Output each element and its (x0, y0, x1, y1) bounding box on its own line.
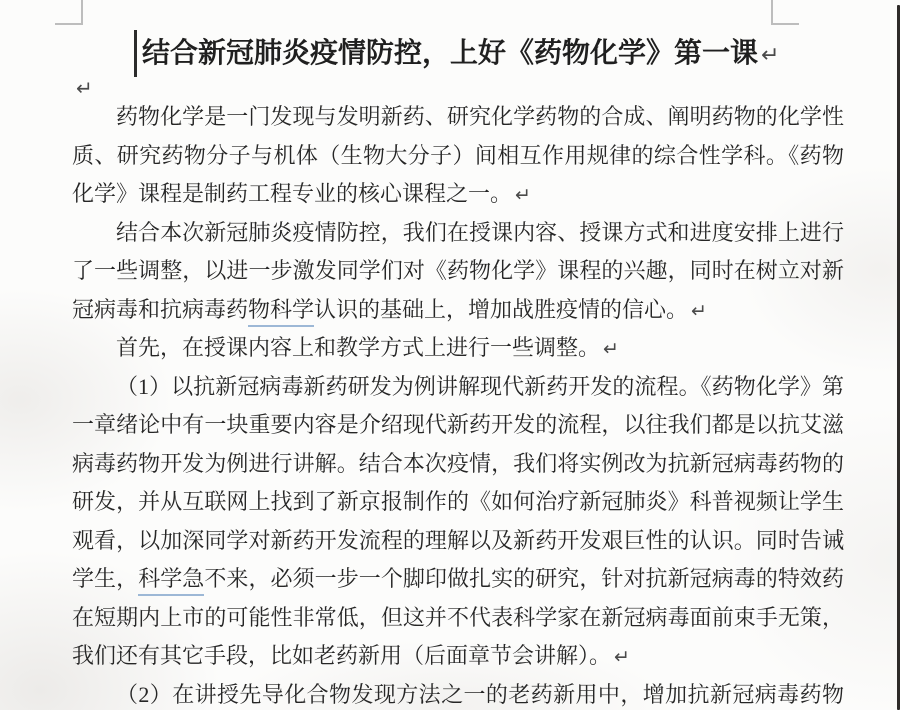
text-line[interactable]: 研发，并从互联网上找到了新京报制作的《如何治疗新冠肺炎》科普视频让学生 (72, 483, 844, 522)
text-run: 冠病毒和抗病毒药 (72, 297, 248, 322)
text-boundary-mark-top-right-icon (771, 0, 799, 25)
text-run: 认识的基础上，增加战胜疫情的信心。 (314, 297, 688, 322)
text-line[interactable]: 我们还有其它手段，比如老药新用（后面章节会讲解）。↵ (72, 637, 844, 676)
paragraph-return-mark-icon: ↵ (761, 43, 779, 68)
text-run: 结合本次新冠肺炎疫情防控，我们在授课内容、授课方式和进度安排上进行 (116, 220, 844, 245)
text-run: 观看，以加深同学对新药开发流程的理解以及新药开发艰巨性的认识。同时告诫 (72, 528, 844, 553)
text-run: 病毒药物开发为例进行讲解。结合本次疫情，我们将实例改为抗新冠病毒药物的 (72, 451, 844, 476)
text-cursor (134, 30, 137, 77)
text-run: 了一些调整，以进一步激发同学们对《药物化学》课程的兴趣，同时在树立对新 (72, 258, 844, 283)
text-line[interactable]: 病毒药物开发为例进行讲解。结合本次疫情，我们将实例改为抗新冠病毒药物的 (72, 445, 844, 484)
document-title: 结合新冠肺炎疫情防控，上好《药物化学》第一课 (142, 38, 758, 69)
text-run: （2）在讲授先导化合物发现方法之一的老药新用中，增加抗新冠病毒药物 (116, 682, 844, 707)
paragraph-return-mark-icon: ↵ (603, 338, 619, 360)
text-line[interactable]: 化学》课程是制药工程专业的核心课程之一。↵ (72, 175, 844, 214)
text-run: 药物化学是一门发现与发明新药、研究化学药物的合成、阐明药物的化学性 (116, 104, 844, 129)
text-line[interactable]: 药物化学是一门发现与发明新药、研究化学药物的合成、阐明药物的化学性 (72, 98, 844, 137)
text-line[interactable]: 一章绪论中有一块重要内容是介绍现代新药开发的流程，以往我们都是以抗艾滋 (72, 406, 844, 445)
text-run: 研发，并从互联网上找到了新京报制作的《如何治疗新冠肺炎》科普视频让学生 (72, 489, 844, 514)
paragraph-return-mark-icon: ↵ (515, 184, 531, 206)
paragraph-return-mark-icon: ↵ (76, 76, 93, 100)
text-run: （1）以抗新冠病毒新药研发为例讲解现代新药开发的流程。《药物化学》第 (116, 374, 844, 399)
document-body: 药物化学是一门发现与发明新药、研究化学药物的合成、阐明药物的化学性质、研究药物分… (72, 98, 844, 710)
text-run: 我们还有其它手段，比如老药新用（后面章节会讲解）。 (72, 643, 611, 668)
text-line[interactable]: 学生，科学急不来，必须一步一个脚印做扎实的研究，针对抗新冠病毒的特效药 (72, 560, 844, 599)
text-run: 首先，在授课内容上和教学方式上进行一些调整。 (116, 335, 600, 360)
paragraph-return-mark-icon: ↵ (614, 646, 630, 668)
text-line[interactable]: 结合本次新冠肺炎疫情防控，我们在授课内容、授课方式和进度安排上进行 (72, 214, 844, 253)
paragraph-return-mark-icon: ↵ (691, 300, 707, 322)
text-run: 不来，必须一步一个脚印做扎实的研究，针对抗新冠病毒的特效药 (204, 566, 844, 591)
text-boundary-mark-top-left-icon (55, 0, 83, 25)
text-run: 学生， (72, 566, 138, 591)
text-line[interactable]: 首先，在授课内容上和教学方式上进行一些调整。↵ (72, 329, 844, 368)
text-run: 质、研究药物分子与机体（生物大分子）间相互作用规律的综合性学科。《药物 (72, 143, 844, 168)
text-line[interactable]: 冠病毒和抗病毒药物科学认识的基础上，增加战胜疫情的信心。↵ (72, 291, 844, 330)
underlined-text-run: 科学急 (138, 566, 204, 596)
text-run: 一章绪论中有一块重要内容是介绍现代新药开发的流程，以往我们都是以抗艾滋 (72, 412, 844, 437)
document-page: 结合新冠肺炎疫情防控，上好《药物化学》第一课↵ ↵ 药物化学是一门发现与发明新药… (0, 0, 900, 710)
text-line[interactable]: （2）在讲授先导化合物发现方法之一的老药新用中，增加抗新冠病毒药物 (72, 676, 844, 710)
text-line[interactable]: 观看，以加深同学对新药开发流程的理解以及新药开发艰巨性的认识。同时告诫 (72, 522, 844, 561)
document-title-line[interactable]: 结合新冠肺炎疫情防控，上好《药物化学》第一课↵ (142, 31, 779, 71)
text-run: 化学》课程是制药工程专业的核心课程之一。 (72, 181, 512, 206)
text-line[interactable]: 在短期内上市的可能性非常低，但这并不代表科学家在新冠病毒面前束手无策， (72, 599, 844, 638)
text-line[interactable]: （1）以抗新冠病毒新药研发为例讲解现代新药开发的流程。《药物化学》第 (72, 368, 844, 407)
underlined-text-run: 物科学 (248, 297, 314, 327)
text-line[interactable]: 了一些调整，以进一步激发同学们对《药物化学》课程的兴趣，同时在树立对新 (72, 252, 844, 291)
text-line[interactable]: 质、研究药物分子与机体（生物大分子）间相互作用规律的综合性学科。《药物 (72, 137, 844, 176)
text-run: 在短期内上市的可能性非常低，但这并不代表科学家在新冠病毒面前束手无策， (72, 605, 844, 630)
